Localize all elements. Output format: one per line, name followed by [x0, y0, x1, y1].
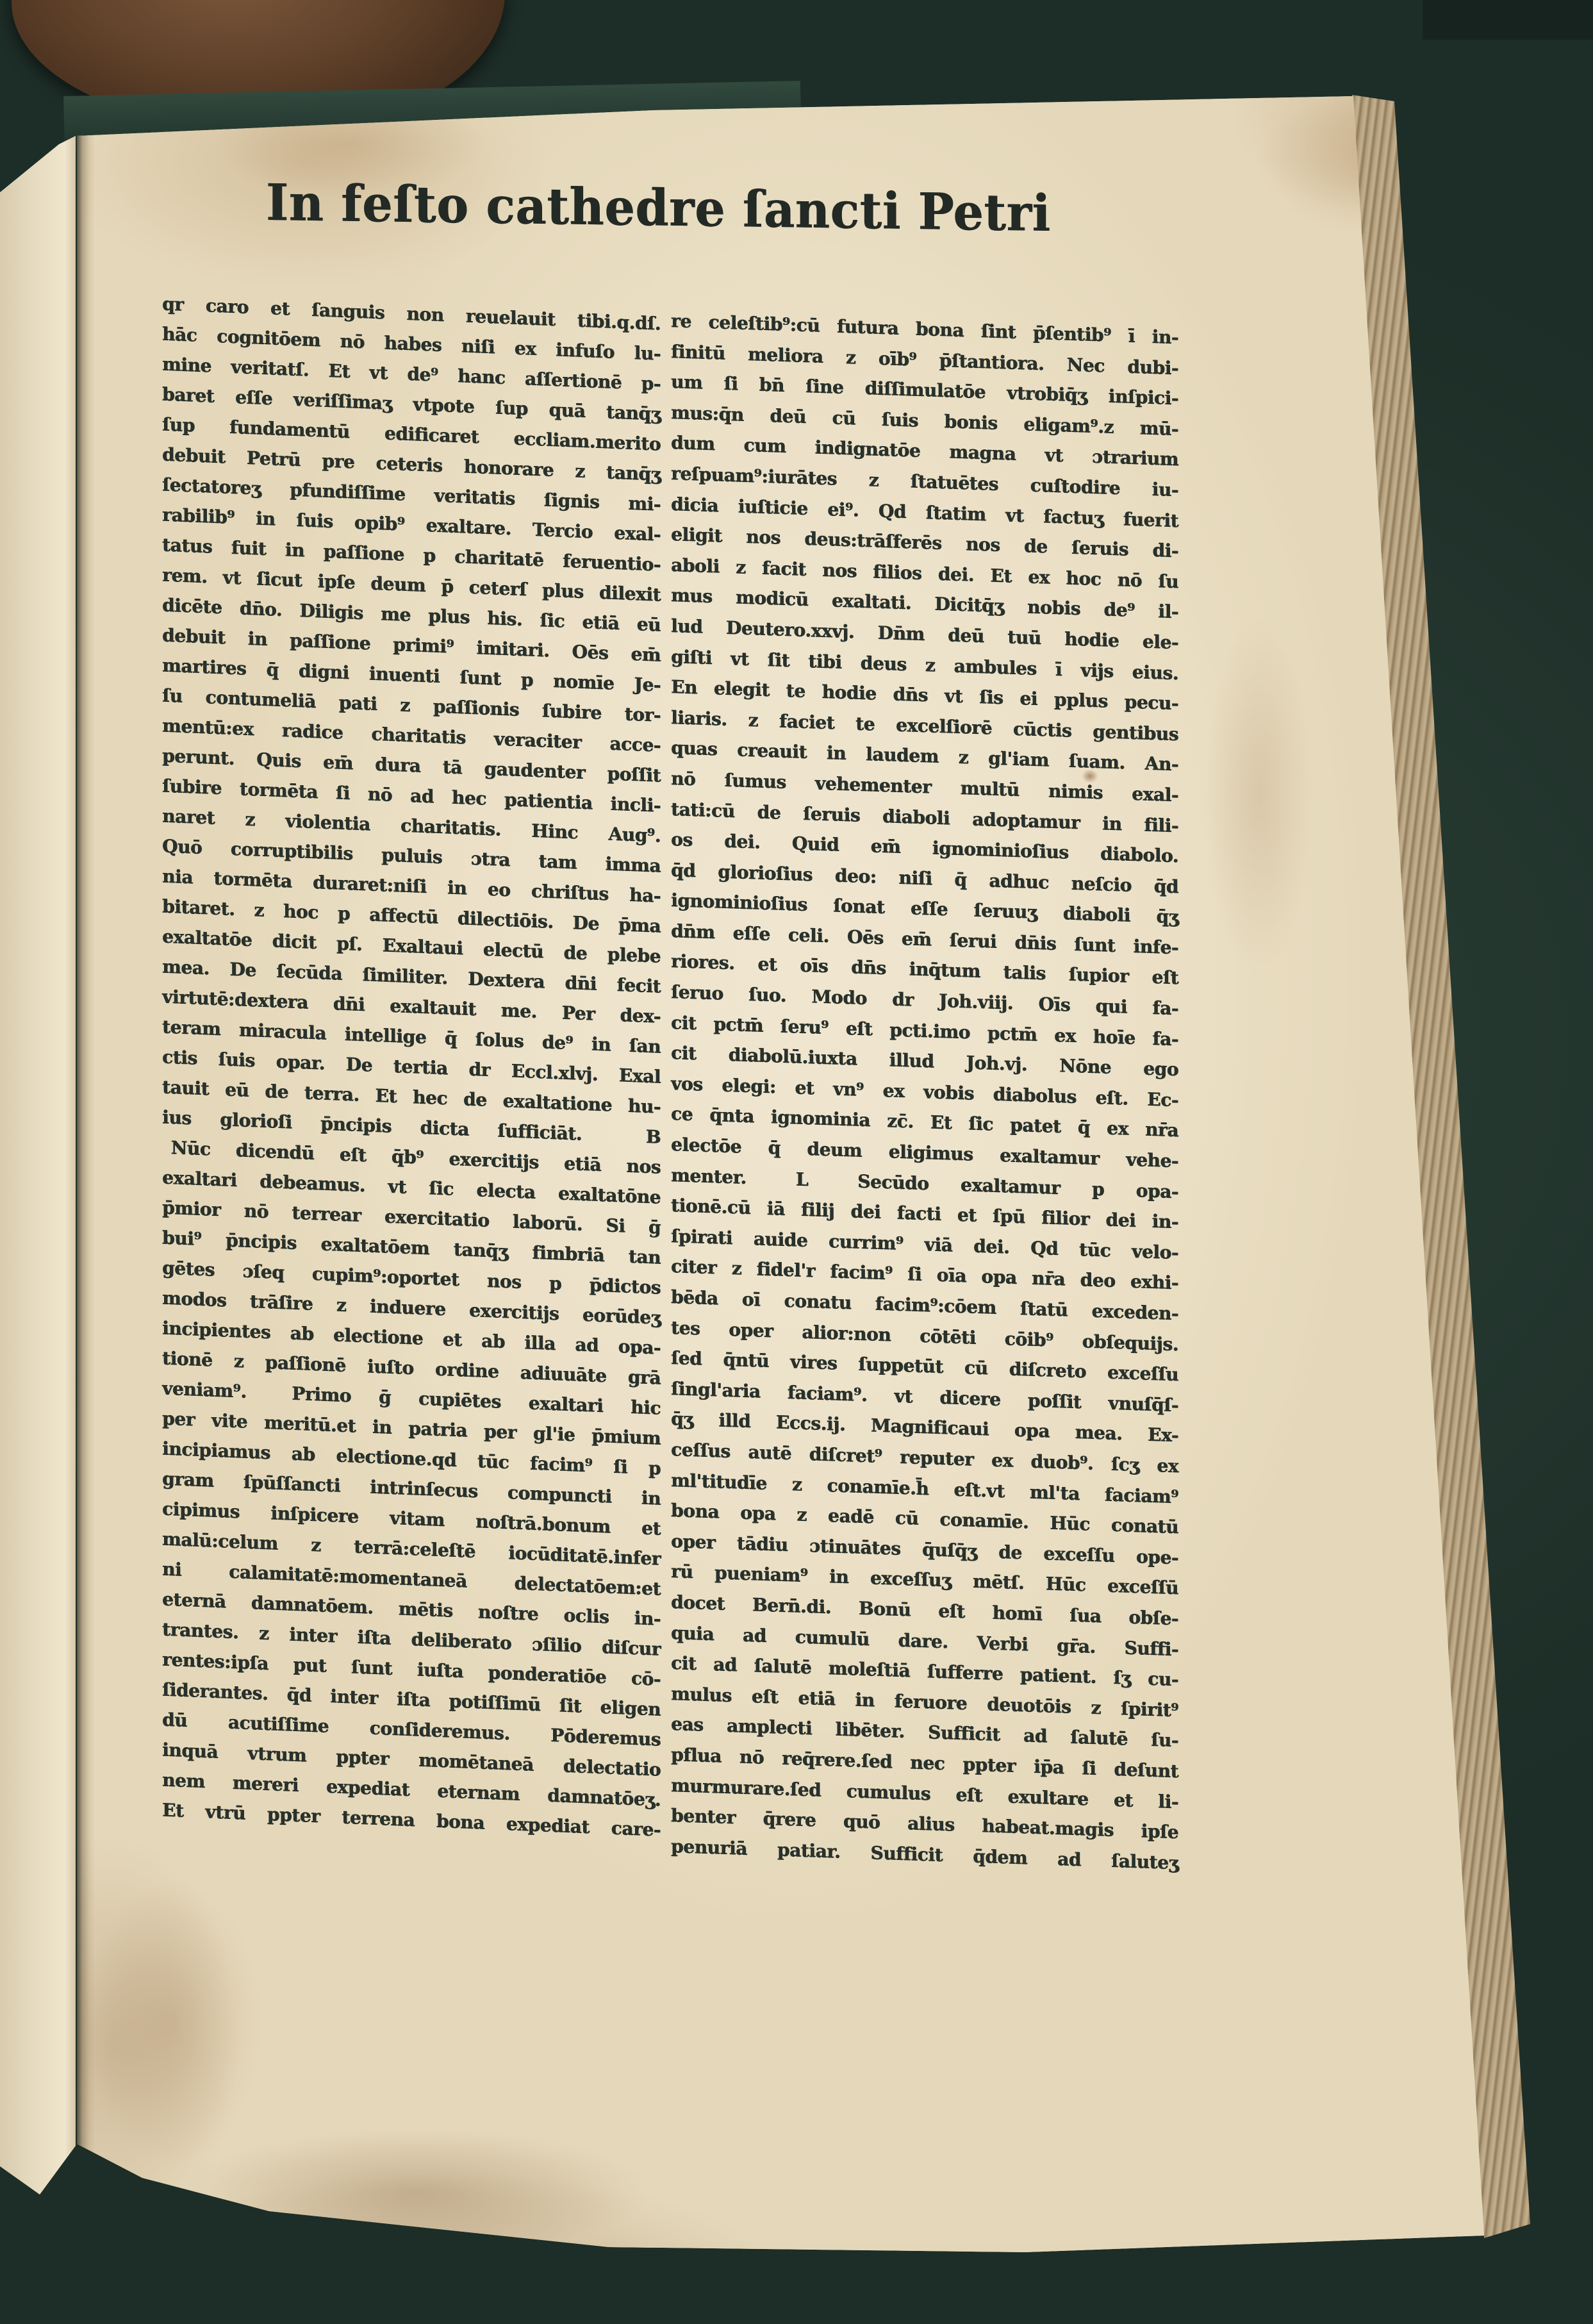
- text-column-right: re celeſtib⁹:cū futura bona ſint p̄ſenti…: [671, 306, 1178, 1879]
- paper-stain: [179, 2128, 654, 2256]
- book-page: In feſto cathedre ſancti Petri qr caro e…: [0, 0, 1593, 2324]
- paper-stain: [1205, 615, 1314, 974]
- scan-backdrop: In feſto cathedre ſancti Petri qr caro e…: [0, 0, 1593, 2324]
- gutter-shadow: [76, 131, 95, 2157]
- backdrop-shadow-band: [1423, 0, 1593, 40]
- facing-page-edge: [0, 0, 83, 2324]
- paper-stain: [83, 1878, 263, 2166]
- text-column-left: qr caro et ſanguis non reuelauit tibi.q.…: [162, 288, 661, 1845]
- page-title: In feſto cathedre ſancti Petri: [266, 174, 1051, 243]
